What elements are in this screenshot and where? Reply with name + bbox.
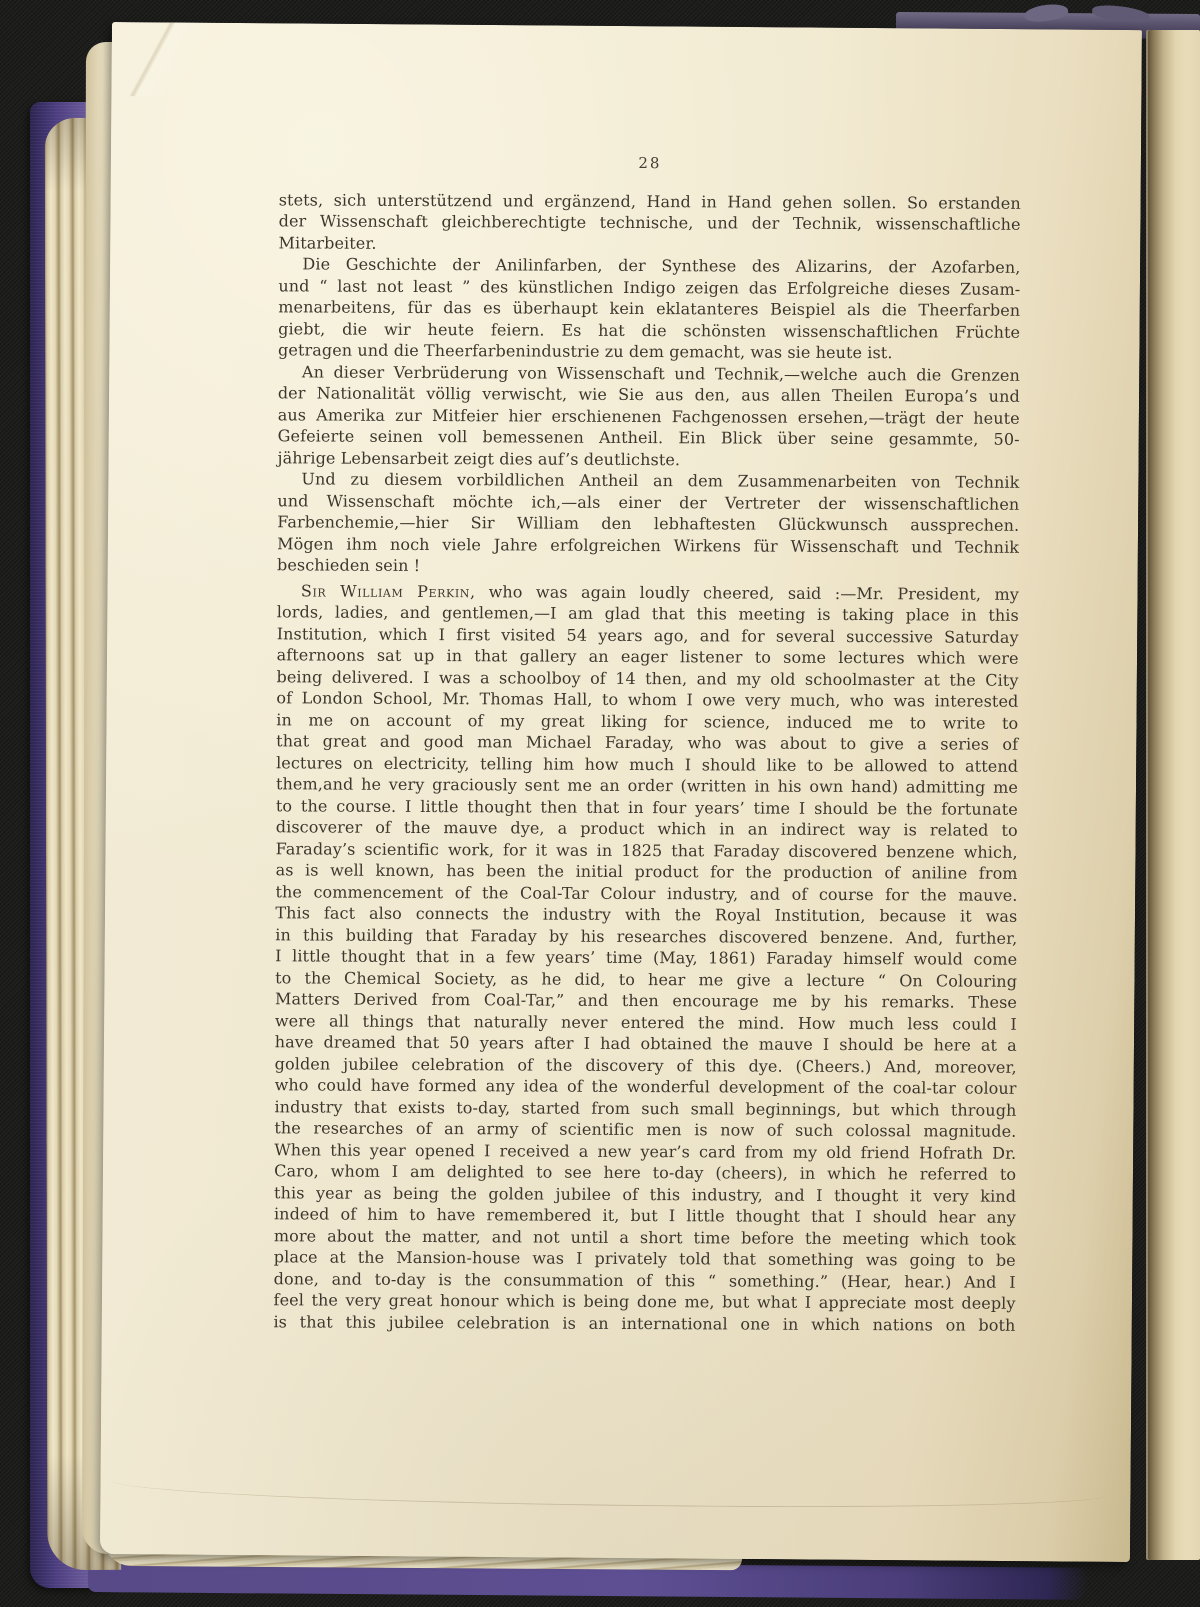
text-line: place at the Mansion-house was I private…	[274, 1246, 1016, 1271]
text-line: that great and good man Michael Faraday,…	[276, 730, 1018, 755]
text-line: menarbeitens, für das es überhaupt kein …	[278, 296, 1020, 321]
text-line: of London School, Mr. Thomas Hall, to wh…	[276, 687, 1018, 712]
text-line: feel the very great honour which is bein…	[274, 1289, 1016, 1314]
photo-backdrop: 28 stets, sich unterstützend und ergänze…	[0, 0, 1200, 1607]
text-block: 28 stets, sich unterstützend und ergänze…	[273, 151, 1021, 1335]
page-body-text: stets, sich unterstützend und ergänzend,…	[273, 189, 1020, 1336]
text-line: Gefeierte seinen voll bemessenen Antheil…	[278, 425, 1020, 450]
text-line: indeed of him to have remembered it, but…	[274, 1203, 1016, 1228]
text-line: them,and he very graciously sent me an o…	[276, 773, 1018, 798]
book-page: 28 stets, sich unterstützend und ergänze…	[100, 22, 1142, 1562]
text-line: Matters Derived from Coal-Tar,” and then…	[275, 988, 1017, 1013]
text-line: the researches of an army of scientific …	[274, 1117, 1016, 1142]
paragraph: stets, sich unterstützend und ergänzend,…	[279, 189, 1021, 257]
paragraph: Und zu diesem vorbildlichen Antheil an d…	[277, 468, 1019, 579]
text-line: der Nationalität völlig verwischt, wie S…	[278, 382, 1020, 407]
text-line: This fact also connects the industry wit…	[275, 902, 1017, 927]
text-line: who could have formed any idea of the wo…	[275, 1074, 1017, 1099]
text-line: Farbenchemie,—hier Sir William den lebha…	[277, 511, 1019, 536]
paragraph: Die Geschichte der Anilinfarben, der Syn…	[278, 253, 1020, 364]
text-line: as is well known, has been the initial p…	[276, 859, 1018, 884]
speaker-name-smallcaps: Sir William Perkin	[301, 581, 470, 601]
text-line: afternoons sat up in that gallery an eag…	[277, 644, 1019, 669]
text-line: discoverer of the mauve dye, a product w…	[276, 816, 1018, 841]
facing-page-gutter	[1146, 30, 1200, 1560]
text-line: getragen und die Theerfarbenindustrie zu…	[278, 339, 1020, 364]
text-line: Caro, whom I am delighted to see here to…	[274, 1160, 1016, 1185]
text-line: Die Geschichte der Anilinfarben, der Syn…	[278, 253, 1020, 278]
paragraph: An dieser Verbrüderung von Wissenschaft …	[277, 361, 1019, 472]
text-line: beschieden sein !	[277, 554, 1019, 579]
text-line: der Wissenschaft gleichberechtigte techn…	[279, 210, 1021, 235]
paragraph: Sir William Perkin, who was again loudly…	[273, 580, 1019, 1336]
text-line: Und zu diesem vorbildlichen Antheil an d…	[277, 468, 1019, 493]
text-line: have dreamed that 50 years after I had o…	[275, 1031, 1017, 1056]
text-line: is that this jubilee celebration is an i…	[273, 1311, 1015, 1336]
text-line: lords, ladies, and gentlemen,—I am glad …	[277, 601, 1019, 626]
text-line: I little thought that in a few years’ ti…	[275, 945, 1017, 970]
page-number: 28	[279, 151, 1021, 176]
